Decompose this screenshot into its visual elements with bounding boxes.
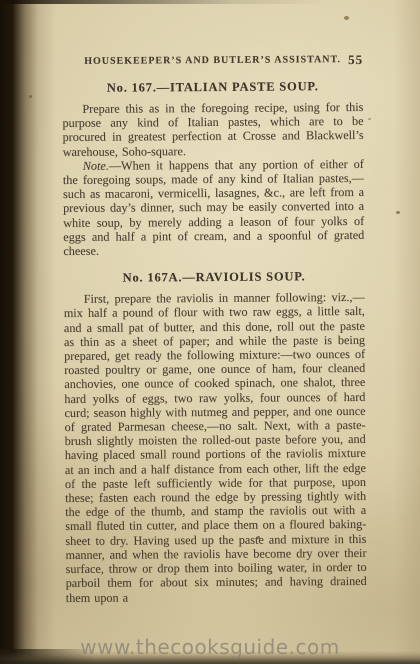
- paper-speck: [368, 118, 371, 120]
- paragraph-italian-paste-soup: Prepare this as in the foregoing recipe,…: [62, 100, 363, 159]
- running-header: HOUSEKEEPER’S AND BUTLER’S ASSISTANT. 55: [62, 54, 363, 70]
- scanned-book-page: HOUSEKEEPER’S AND BUTLER’S ASSISTANT. 55…: [0, 0, 420, 664]
- watermark-text: www.thecooksguide.com: [0, 635, 420, 659]
- paper-speck: [257, 536, 260, 539]
- page-right-edge-shade: [394, 0, 420, 664]
- note-text: —When it happens that any portion of eit…: [63, 157, 364, 258]
- paper-speck: [344, 16, 349, 20]
- page-top-edge-shadow: [0, 0, 420, 4]
- section-raviolis-soup: No. 167A.—RAVIOLIS SOUP. First, prepare …: [64, 269, 367, 605]
- section-heading-raviolis-soup: No. 167A.—RAVIOLIS SOUP.: [64, 269, 365, 286]
- section-italian-paste-soup: No. 167.—ITALIAN PASTE SOUP. Prepare thi…: [62, 79, 364, 258]
- page-content: HOUSEKEEPER’S AND BUTLER’S ASSISTANT. 55…: [62, 54, 367, 605]
- section-heading-italian-paste-soup: No. 167.—ITALIAN PASTE SOUP.: [62, 79, 363, 96]
- book-spine-shadow: [0, 0, 56, 664]
- note-label: Note.: [83, 158, 109, 172]
- running-title: HOUSEKEEPER’S AND BUTLER’S ASSISTANT.: [84, 54, 341, 67]
- page-number: 55: [348, 52, 363, 68]
- paragraph-raviolis-soup: First, prepare the raviolis in manner fo…: [64, 290, 367, 605]
- paper-speck: [396, 211, 400, 214]
- paragraph-note: Note.—When it happens that any portion o…: [63, 157, 365, 259]
